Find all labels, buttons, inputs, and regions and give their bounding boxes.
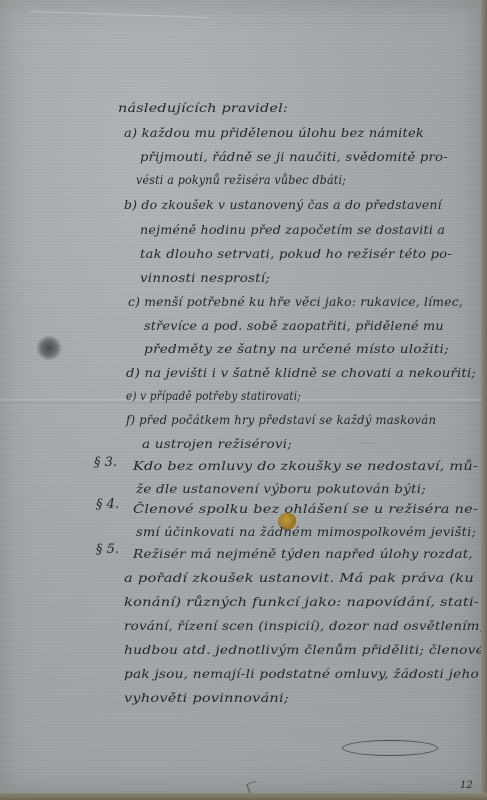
text-line-a2: přijmouti, řádně se ji naučiti, svědomit… (140, 149, 448, 164)
text-line-s5a: Režisér má nejméně týden napřed úlohy ro… (133, 546, 473, 561)
text-line-s5e: hudbou atd. jednotlivým členům přiděliti… (124, 642, 484, 657)
ink-blot (36, 336, 62, 360)
text-line-intro: následujících pravidel: (118, 100, 288, 115)
text-line-s4b: smí účinkovati na žádném mimospolkovém j… (136, 524, 476, 539)
text-line-a1: a) každou mu přidělenou úlohu bez námite… (124, 125, 424, 140)
manuscript-page: ~~~ následujících pravidel: a) každou mu… (0, 0, 481, 793)
text-line-s5b: a pořadí zkoušek ustanovit. Má pak práva… (124, 570, 474, 585)
text-line-s5d: rování, řízení scen (inspicií), dozor na… (124, 618, 484, 633)
section-mark-3: § 3. (94, 455, 117, 470)
text-line-a3: vésti a pokynů režiséra vůbec dbáti; (136, 172, 346, 187)
section-mark-5: § 5. (96, 542, 119, 557)
text-line-c1: c) menší potřebné ku hře věci jako: ruka… (128, 294, 463, 309)
text-line-d1: d) na jevišti i v šatně klidně se chovat… (126, 365, 476, 380)
closing-flourish (342, 740, 438, 756)
text-line-b3: tak dlouho setrvati, pokud ho režisér té… (140, 246, 452, 261)
pencil-annotation: ~~~ (360, 440, 394, 450)
text-line-s4a: Členové spolku bez ohlášení se u režisér… (133, 501, 478, 516)
text-line-s5f: pak jsou, nemají-li podstatné omluvy, žá… (124, 666, 479, 681)
page-edge-bottom (0, 793, 487, 800)
text-line-f2: a ustrojen režisérovi; (142, 436, 292, 451)
text-line-s3a: Kdo bez omluvy do zkoušky se nedostaví, … (133, 458, 478, 473)
section-mark-4: § 4. (96, 497, 119, 512)
text-line-c3: předměty ze šatny na určené místo uložit… (144, 341, 449, 356)
page-edge-right (481, 0, 487, 800)
paper-fold (30, 0, 210, 18)
text-line-b1: b) do zkoušek v ustanovený čas a do před… (124, 197, 442, 212)
text-line-s3b: že dle ustanovení výboru pokutován býti; (136, 481, 426, 496)
text-line-c2: střevíce a pod. sobě zaopatřiti, přiděle… (144, 318, 444, 333)
text-line-e1: e) v případě potřeby statirovati; (126, 388, 301, 403)
text-line-b4: vinnosti nesprostí; (140, 270, 270, 285)
text-line-s5c: konání) různých funkcí jako: napovídání,… (124, 594, 479, 609)
text-line-s5g: vyhověti povinnováni; (124, 690, 289, 705)
text-line-f1: f) před počátkem hry představí se každý … (126, 412, 436, 427)
page-number: 12 (460, 780, 473, 791)
text-line-b2: nejméně hodinu před započetím se dostavi… (140, 222, 445, 237)
